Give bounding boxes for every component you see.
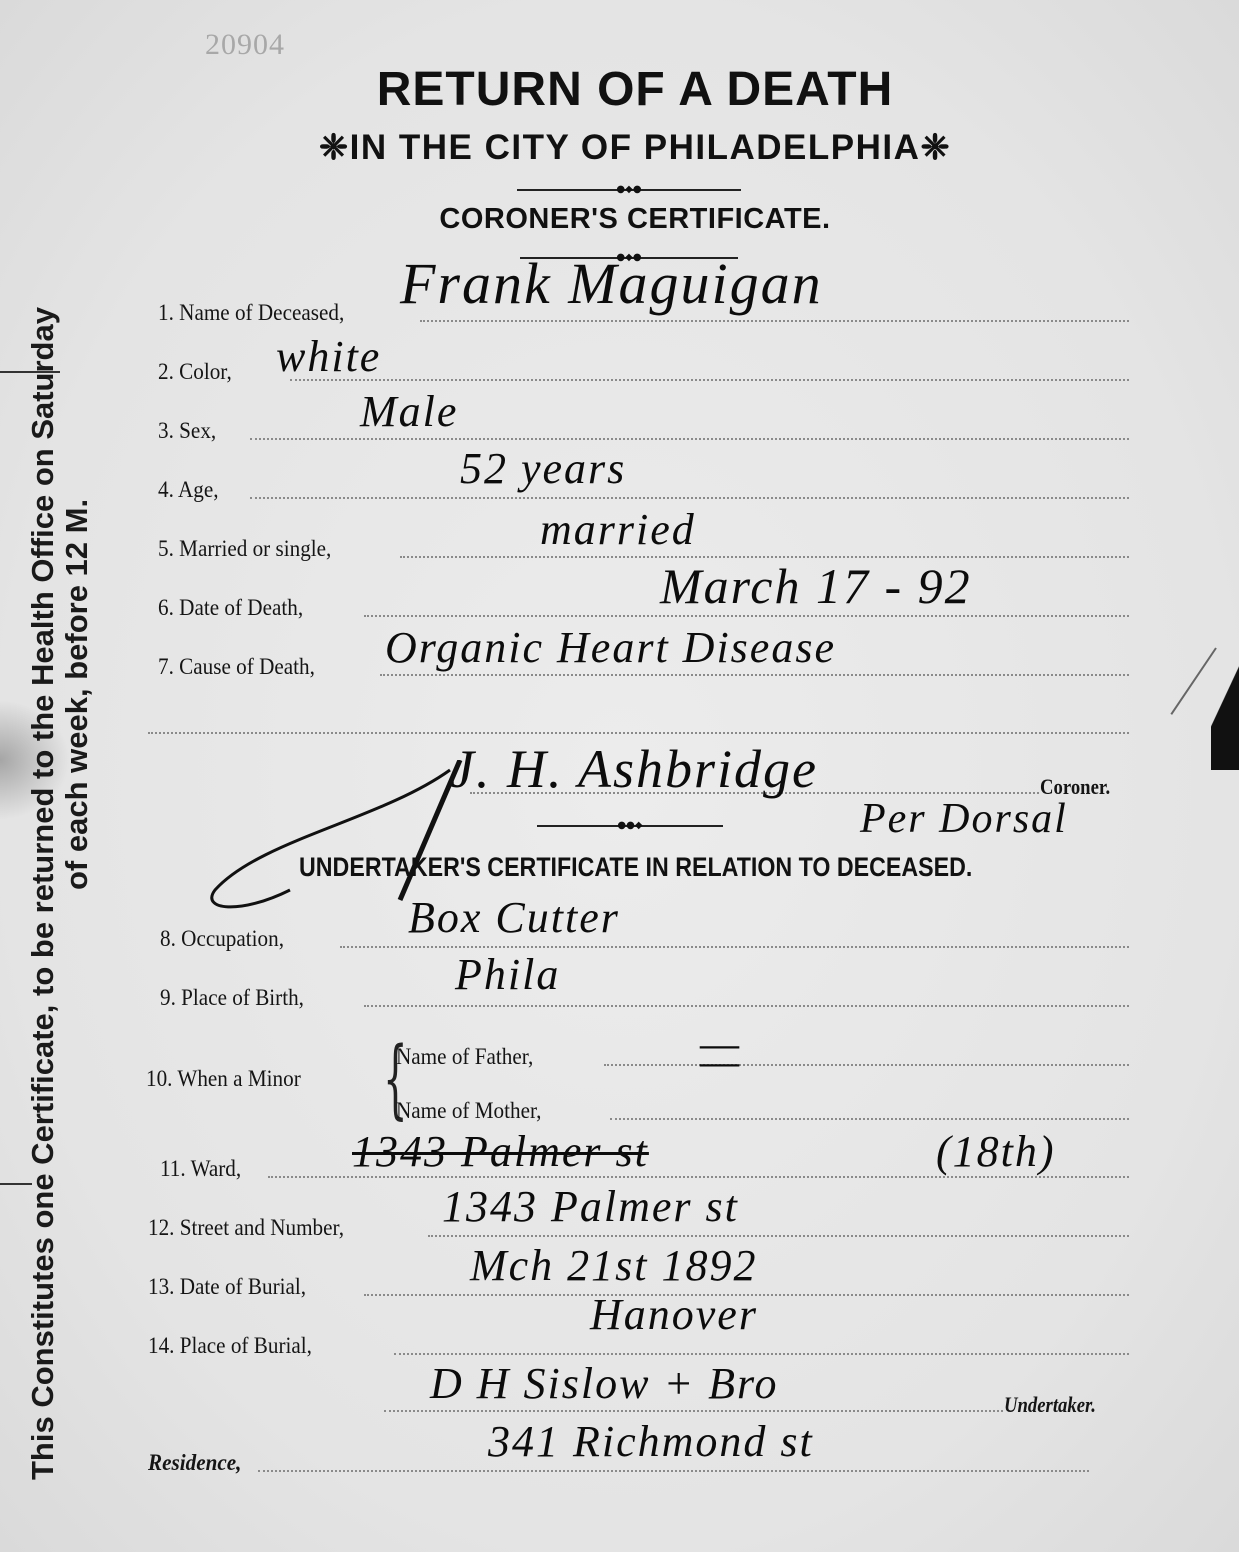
field-number: 5. <box>158 536 174 561</box>
field-number: 6. <box>158 595 174 620</box>
field-row-birthplace: 9. Place of Birth, Phila <box>0 975 1239 1015</box>
field-label: Ward, <box>191 1156 242 1181</box>
field-label: Name of Deceased, <box>179 300 344 325</box>
ward-value: (18th) <box>936 1126 1056 1177</box>
burial-place-value: Hanover <box>590 1289 758 1340</box>
date-of-death-value: March 17 - 92 <box>660 557 972 615</box>
field-line <box>610 1118 1129 1120</box>
undertaker-name: D H Sislow + Bro <box>430 1358 779 1409</box>
field-row-age: 4. Age, 52 years <box>0 467 1239 507</box>
burial-date-value: Mch 21st 1892 <box>470 1240 758 1291</box>
undertaker-title: Undertaker. <box>1004 1392 1096 1418</box>
field-row-marital: 5. Married or single, married <box>0 526 1239 566</box>
field-row-name: 1. Name of Deceased, Frank Maguigan <box>0 290 1239 330</box>
field-number: 4. <box>158 477 174 502</box>
field-number: 3. <box>158 418 174 443</box>
color-value: white <box>276 331 381 382</box>
field-row-burial-place: 14. Place of Burial, Hanover <box>0 1323 1239 1363</box>
ward-struck-value: 1343 Palmer st <box>352 1126 649 1177</box>
field-label: Place of Burial, <box>180 1333 312 1358</box>
field-number: 13. <box>148 1274 174 1299</box>
field-line <box>380 674 1129 676</box>
field-number: 1. <box>158 300 174 325</box>
field-row-color: 2. Color, white <box>0 349 1239 389</box>
field-label: Age, <box>178 477 219 502</box>
field-line <box>290 379 1129 381</box>
street-value: 1343 Palmer st <box>442 1181 739 1232</box>
ornament-left-icon: ❈ <box>319 128 350 167</box>
field-row-date-of-death: 6. Date of Death, March 17 - 92 <box>0 585 1239 625</box>
mother-label: Name of Mother, <box>396 1098 541 1124</box>
cause-of-death-value: Organic Heart Disease <box>385 622 836 673</box>
field-number: 9. <box>160 985 176 1010</box>
field-row-father: Name of Father, — <box>0 1034 1239 1074</box>
field-line <box>364 1005 1129 1007</box>
signature-line <box>384 1410 1003 1412</box>
deceased-name-value: Frank Maguigan <box>400 250 823 317</box>
field-label: Sex, <box>179 418 216 443</box>
field-line <box>364 615 1129 617</box>
field-label: Occupation, <box>181 926 284 951</box>
residence-value: 341 Richmond st <box>488 1416 814 1467</box>
field-line <box>420 320 1129 322</box>
divider-ornament: ●◆● <box>517 189 741 191</box>
field-row-residence: Residence, 341 Richmond st <box>0 1440 1239 1480</box>
field-label: Date of Burial, <box>180 1274 306 1299</box>
birthplace-value: Phila <box>455 949 560 1000</box>
field-line <box>258 1470 1089 1472</box>
residence-label: Residence, <box>148 1450 241 1476</box>
marital-status-value: married <box>540 504 696 555</box>
field-row-ward: 11. Ward, 1343 Palmer st (18th) <box>0 1146 1239 1186</box>
divider-ornament: ●●◆ <box>537 825 723 827</box>
mother-value: — <box>700 1036 741 1087</box>
sex-value: Male <box>360 386 458 437</box>
field-row-occupation: 8. Occupation, Box Cutter <box>0 916 1239 956</box>
document-title: RETURN OF A DEATH <box>0 62 1239 117</box>
field-number: 7. <box>158 654 174 679</box>
field-line <box>394 1353 1129 1355</box>
undertaker-signature-row: D H Sislow + Bro Undertaker. <box>0 1380 1239 1420</box>
ornament-right-icon: ❈ <box>920 128 951 167</box>
field-row-cause: 7. Cause of Death, Organic Heart Disease <box>0 644 1239 684</box>
field-number: 12. <box>148 1215 174 1240</box>
field-label: Place of Birth, <box>181 985 304 1010</box>
coroner-note: Per Dorsal <box>860 795 1068 843</box>
field-row-cause-continued <box>0 702 1239 742</box>
field-label: Street and Number, <box>180 1215 344 1240</box>
subtitle-text: IN THE CITY OF PHILADELPHIA <box>350 128 921 167</box>
field-number: 11. <box>160 1156 186 1181</box>
father-label: Name of Father, <box>396 1044 533 1070</box>
coroner-section-title: CORONER'S CERTIFICATE. <box>0 203 1239 236</box>
field-number: 2. <box>158 359 174 384</box>
field-line <box>340 946 1129 948</box>
document-subtitle: ❈IN THE CITY OF PHILADELPHIA❈ <box>0 128 1239 168</box>
field-line <box>604 1064 1129 1066</box>
field-row-sex: 3. Sex, Male <box>0 408 1239 448</box>
field-row-street: 12. Street and Number, 1343 Palmer st <box>0 1205 1239 1245</box>
field-line <box>428 1235 1129 1237</box>
age-value: 52 years <box>460 443 626 494</box>
field-label: Color, <box>179 359 232 384</box>
occupation-value: Box Cutter <box>408 892 620 943</box>
undertaker-section-title: UNDERTAKER'S CERTIFICATE IN RELATION TO … <box>90 852 1182 883</box>
field-row-mother: Name of Mother, — <box>0 1088 1239 1128</box>
field-line <box>148 732 1129 734</box>
field-label: Date of Death, <box>179 595 303 620</box>
field-line <box>250 438 1129 440</box>
field-number: 14. <box>148 1333 174 1358</box>
serial-number: 20904 <box>205 28 285 62</box>
field-number: 8. <box>160 926 176 951</box>
coroner-signature: J. H. Ashbridge <box>450 738 818 800</box>
field-label: Married or single, <box>179 536 331 561</box>
field-label: Cause of Death, <box>179 654 315 679</box>
field-line <box>250 497 1129 499</box>
